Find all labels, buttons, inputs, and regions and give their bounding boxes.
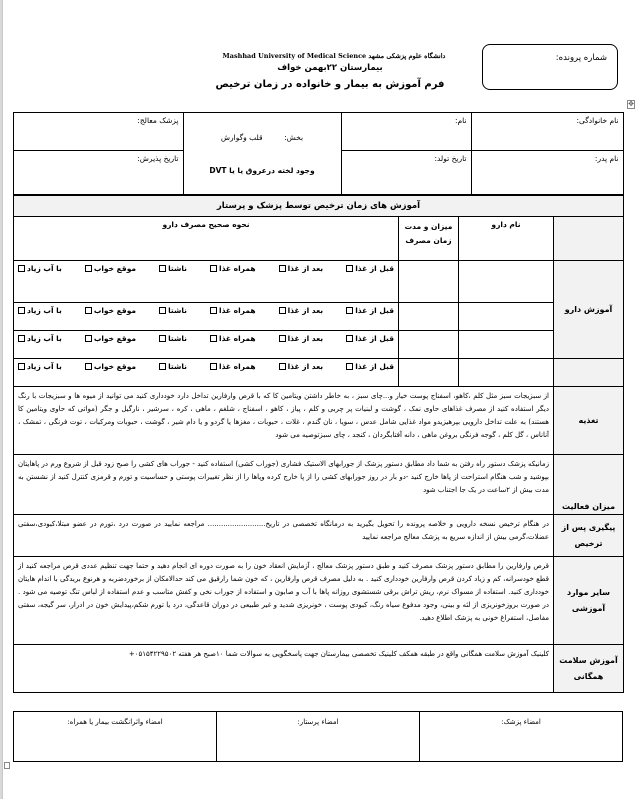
- option-before-meal[interactable]: قبل از غذا: [346, 362, 394, 371]
- discharge-form-table: نام خانوادگی: نام: بخش: قلب وگوارش وجود …: [13, 112, 624, 693]
- checkbox[interactable]: [159, 363, 166, 370]
- admission-date-field[interactable]: تاریخ پذیرش:: [13, 151, 183, 195]
- nurse-signature-field[interactable]: امضاء پرستار:: [217, 712, 420, 762]
- checkbox[interactable]: [210, 335, 217, 342]
- last-name-field[interactable]: نام خانوادگی:: [471, 113, 623, 151]
- signatures-table: امضاء پزشک: امضاء پرستار: امضاء واثرانگش…: [13, 711, 623, 762]
- dose-input-3[interactable]: [399, 331, 459, 359]
- option-plenty-water[interactable]: با آب زیاد: [18, 362, 62, 371]
- usage-options-3: قبل از غذا بعد از غذا همراه غذا ناشتا مو…: [14, 331, 399, 359]
- other-education-label: سایر موارد آموزشی: [554, 557, 624, 645]
- option-with-meal[interactable]: همراه غذا: [210, 306, 256, 315]
- option-after-meal[interactable]: بعد از غذا: [279, 264, 324, 273]
- checkbox[interactable]: [279, 265, 286, 272]
- option-bedtime[interactable]: موقع خواب: [85, 264, 136, 273]
- physician-signature-label: امضاء پزشک:: [501, 718, 541, 726]
- checkbox[interactable]: [346, 265, 353, 272]
- physician-label: پزشک معالج:: [137, 116, 178, 125]
- drug-name-input-2[interactable]: [459, 303, 554, 331]
- table-move-handle-icon[interactable]: ✥: [627, 100, 635, 109]
- option-plenty-water[interactable]: با آب زیاد: [18, 334, 62, 343]
- option-after-meal[interactable]: بعد از غذا: [279, 362, 324, 371]
- option-before-meal[interactable]: قبل از غذا: [346, 264, 394, 273]
- birth-date-field[interactable]: تاریخ تولد:: [341, 151, 471, 195]
- checkbox[interactable]: [279, 307, 286, 314]
- public-health-text: کلینیک آموزش سلامت همگانی واقع در طبقه ه…: [14, 645, 554, 693]
- checkbox[interactable]: [85, 307, 92, 314]
- option-after-meal[interactable]: بعد از غذا: [279, 306, 324, 315]
- checkbox[interactable]: [279, 335, 286, 342]
- section-title: آموزش های زمان ترخیص توسط پزشک و پرستار: [14, 196, 624, 217]
- option-with-meal[interactable]: همراه غذا: [210, 362, 256, 371]
- ward-label: بخش:: [284, 133, 303, 142]
- patient-signature-label: امضاء واثرانگشت بیمار یا همراه:: [67, 718, 162, 726]
- usage-options-4: قبل از غذا بعد از غذا همراه غذا ناشتا مو…: [14, 359, 399, 387]
- first-name-field[interactable]: نام:: [341, 113, 471, 151]
- ward-cell: بخش: قلب وگوارش وجود لخته درعروق یا یا D…: [183, 113, 341, 195]
- physician-signature-field[interactable]: امضاء پزشک:: [420, 712, 623, 762]
- col-drug-name: نام دارو: [459, 217, 554, 261]
- checkbox[interactable]: [85, 363, 92, 370]
- checkbox[interactable]: [210, 265, 217, 272]
- checkbox[interactable]: [159, 307, 166, 314]
- checkbox[interactable]: [346, 307, 353, 314]
- father-name-field[interactable]: نام پدر:: [471, 151, 623, 195]
- nutrition-label: تغذیه: [554, 387, 624, 455]
- last-name-label: نام خانوادگی:: [576, 116, 618, 125]
- ward-value: قلب وگوارش: [221, 133, 263, 142]
- col-dose-duration: میزان و مدت زمان مصرف: [399, 217, 459, 261]
- dose-input-1[interactable]: [399, 261, 459, 303]
- option-bedtime[interactable]: موقع خواب: [85, 306, 136, 315]
- admission-date-label: تاریخ پذیرش:: [137, 154, 178, 163]
- option-bedtime[interactable]: موقع خواب: [85, 362, 136, 371]
- option-with-meal[interactable]: همراه غذا: [210, 334, 256, 343]
- university-name: Mashhad University of Medical Science دا…: [208, 52, 460, 60]
- activity-text: زمانیکه پزشک دستور راه رفتن به شما داد م…: [14, 455, 554, 515]
- patient-signature-field[interactable]: امضاء واثرانگشت بیمار یا همراه:: [14, 712, 217, 762]
- checkbox[interactable]: [346, 363, 353, 370]
- medication-label: آموزش دارو: [554, 261, 624, 359]
- checkbox[interactable]: [159, 335, 166, 342]
- case-number-box[interactable]: شماره پرونده:: [482, 44, 618, 90]
- option-plenty-water[interactable]: با آب زیاد: [18, 306, 62, 315]
- checkbox[interactable]: [18, 335, 25, 342]
- drug-name-input-4[interactable]: [459, 359, 554, 387]
- option-with-meal[interactable]: همراه غذا: [210, 264, 256, 273]
- page-margin-ruler: [0, 0, 3, 799]
- option-fasting[interactable]: ناشتا: [159, 306, 187, 315]
- dvt-label: وجود لخته درعروق یا یا DVT: [188, 166, 337, 175]
- document-header: Mashhad University of Medical Science دا…: [200, 52, 460, 90]
- medication-header-blank: [554, 217, 624, 261]
- option-bedtime[interactable]: موقع خواب: [85, 334, 136, 343]
- checkbox[interactable]: [279, 363, 286, 370]
- option-fasting[interactable]: ناشتا: [159, 264, 187, 273]
- option-fasting[interactable]: ناشتا: [159, 362, 187, 371]
- other-education-text: قرص وارفارین را مطابق دستور پزشک مصرف کن…: [14, 557, 554, 645]
- nutrition-text: از سبزیجات سبز مثل کلم ،کاهو، اسفناج پوس…: [14, 387, 554, 455]
- nurse-signature-label: امضاء پرستار:: [297, 718, 338, 726]
- first-name-label: نام:: [455, 116, 467, 125]
- activity-label: میزان فعالیت: [554, 455, 624, 515]
- birth-date-label: تاریخ تولد:: [434, 154, 466, 163]
- checkbox[interactable]: [210, 307, 217, 314]
- hospital-name: بیمارستان ۲۲بهمن خواف: [200, 63, 460, 73]
- usage-options-2: قبل از غذا بعد از غذا همراه غذا ناشتا مو…: [14, 303, 399, 331]
- followup-label: پیگیری پس از ترخیص: [554, 515, 624, 557]
- col-usage: نحوه صحیح مصرف دارو: [14, 217, 399, 261]
- paragraph-end-mark-icon: [4, 762, 10, 769]
- dose-input-2[interactable]: [399, 303, 459, 331]
- option-before-meal[interactable]: قبل از غذا: [346, 334, 394, 343]
- option-before-meal[interactable]: قبل از غذا: [346, 306, 394, 315]
- checkbox[interactable]: [18, 363, 25, 370]
- option-plenty-water[interactable]: با آب زیاد: [18, 264, 62, 273]
- checkbox[interactable]: [18, 265, 25, 272]
- dose-input-4[interactable]: [399, 359, 459, 387]
- checkbox[interactable]: [85, 335, 92, 342]
- option-fasting[interactable]: ناشتا: [159, 334, 187, 343]
- checkbox[interactable]: [159, 265, 166, 272]
- checkbox[interactable]: [346, 335, 353, 342]
- form-title: فرم آموزش به بیمار و خانواده در زمان ترخ…: [200, 79, 460, 90]
- father-name-label: نام پدر:: [595, 154, 619, 163]
- checkbox[interactable]: [85, 265, 92, 272]
- case-number-label: شماره پرونده:: [556, 53, 607, 63]
- checkbox[interactable]: [18, 307, 25, 314]
- medication-label-blank: [554, 359, 624, 387]
- checkbox[interactable]: [210, 363, 217, 370]
- usage-options-1: قبل از غذا بعد از غذا همراه غذا ناشتا مو…: [14, 261, 399, 303]
- drug-name-input-3[interactable]: [459, 331, 554, 359]
- public-health-label: آموزش سلامت همگانی: [554, 645, 624, 693]
- followup-text: در هنگام ترخیص نسخه دارویی و خلاصه پروند…: [14, 515, 554, 557]
- option-after-meal[interactable]: بعد از غذا: [279, 334, 324, 343]
- physician-field[interactable]: پزشک معالج:: [13, 113, 183, 151]
- drug-name-input-1[interactable]: [459, 261, 554, 303]
